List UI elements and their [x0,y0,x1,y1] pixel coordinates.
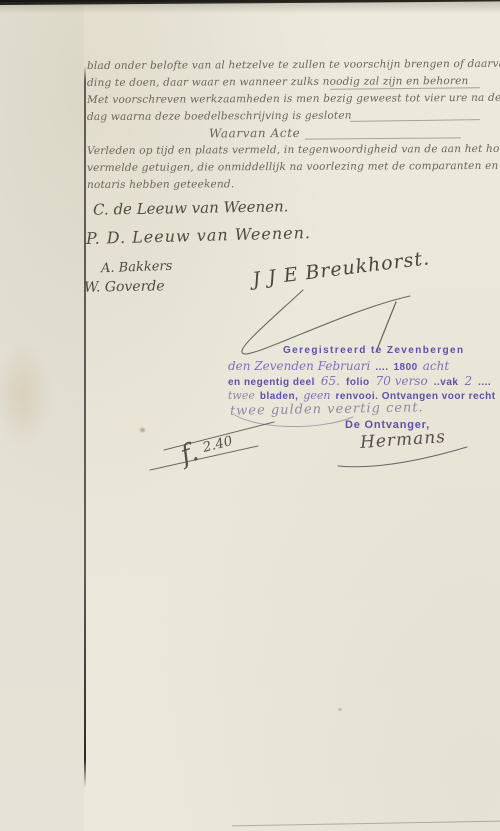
witness-signature-1: C. de Leeuw van Weenen. [93,197,289,218]
stamp-date-dots: .... [375,362,388,373]
stamp-bladen-line: twee bladen, geen renvooi. Ontvangen voo… [228,389,496,402]
stamp-deel-value: 65. [321,374,340,388]
deed-line-4: dag waarna deze boedelbeschrijving is ge… [87,107,483,126]
deed-line-6: Verleden op tijd en plaats vermeld, in t… [87,141,483,160]
stamp-date-handwritten: den Zevenden Februari [228,359,370,373]
stamp-title: Geregistreerd te Zevenbergen [283,345,464,356]
stamp-renvooi-value: geen [303,389,330,402]
stamp-date-line: den Zevenden Februari .... 1800 acht [228,359,449,373]
stamp-folio-label: folio [346,377,370,388]
stamp-bladen-label: bladen, [260,391,299,402]
fee-notation: f. 2.40 [146,408,278,474]
deed-line-2: ding te doen, daar waar en wanneer zulks… [87,73,483,92]
stamp-year-handwritten: acht [423,359,449,373]
waarvan-acte-heading: Waarvan Acte [87,124,483,143]
witness-signature-3: A. Bakkers [101,259,173,276]
stamp-deel-label: en negentig deel [228,377,315,388]
stamp-bladen-count: twee [228,389,255,402]
stamp-vak-value: 2 [464,374,472,388]
witness-signature-2: P. D. Leeuw van Weenen. [86,223,311,248]
stamp-year-printed: 1800 [393,362,417,373]
stamp-vak-dots: .... [478,377,491,388]
stamp-folio-value: 70 verso [376,374,428,388]
paper-stain-speck [338,708,342,711]
scan-bottom-edge [232,821,500,827]
deed-line-7: vermelde getuigen, die onmiddellijk na v… [87,158,483,177]
fee-currency-symbol: f. [175,437,202,471]
stamp-register-line: en negentig deel 65. folio 70 verso ..va… [228,374,491,388]
binding-crease-line [84,66,86,788]
deed-text-block: blad onder belofte van al hetzelve te zu… [87,57,483,193]
witness-signature-4: W. Goverde [84,278,165,295]
deed-line-3: Met voorschreven werkzaamheden is men be… [87,90,483,109]
stamp-vak-label: ..vak [434,377,459,388]
scanned-notarial-deed-page: blad onder belofte van al hetzelve te zu… [0,0,500,831]
deed-line-1: blad onder belofte van al hetzelve te zu… [87,56,483,75]
deed-line-8: notaris hebben geteekend. [87,175,483,194]
receiver-signature-underline [335,444,470,470]
